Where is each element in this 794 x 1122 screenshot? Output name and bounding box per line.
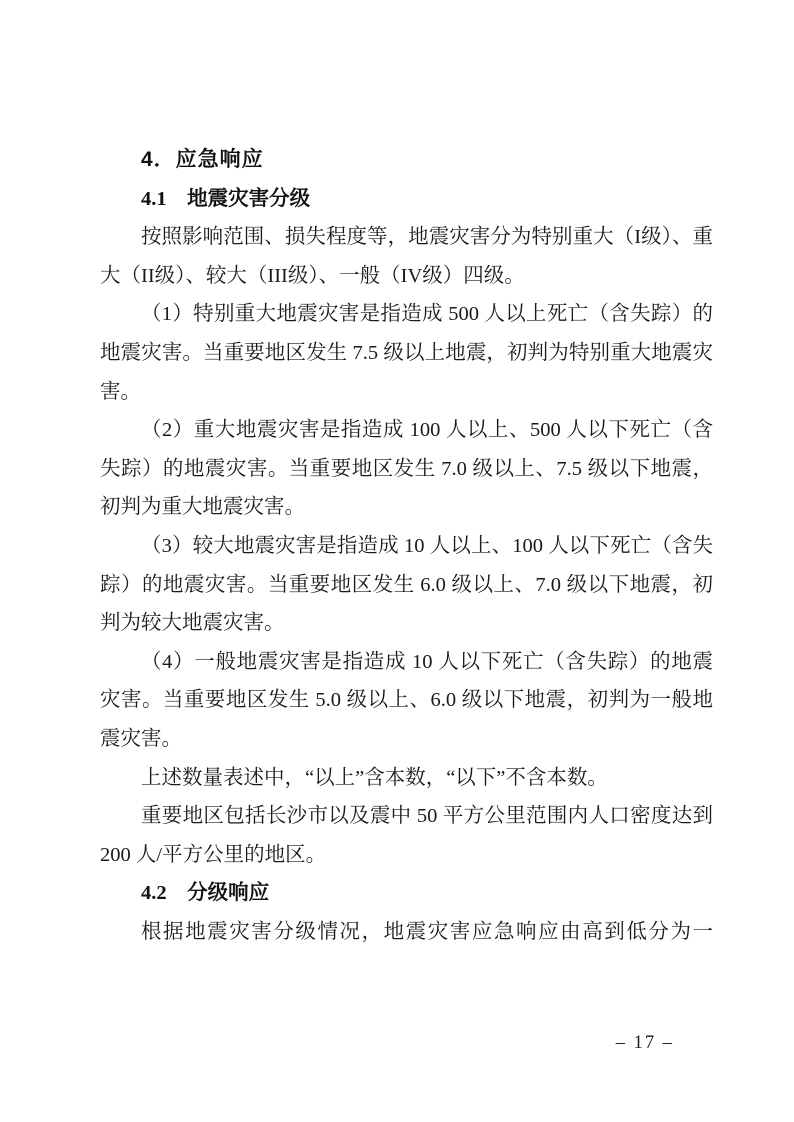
para-key-areas-definition: 重要地区包括长沙市以及震中 50 平方公里范围内人口密度达到 200 人/平方公… — [100, 797, 713, 874]
para-level-1-extraordinary: （1）特别重大地震灾害是指造成 500 人以上死亡（含失踪）的地震灾害。当重要地… — [100, 295, 713, 411]
page-number: – 17 – — [616, 1033, 674, 1053]
document-page: 4．应急响应 4.1 地震灾害分级 按照影响范围、损失程度等，地震灾害分为特别重… — [0, 0, 794, 1122]
para-level-2-major: （2）重大地震灾害是指造成 100 人以上、500 人以下死亡（含失踪）的地震灾… — [100, 411, 713, 527]
para-note-inclusive-counts: 上述数量表述中，“以上”含本数，“以下”不含本数。 — [100, 759, 713, 798]
section-heading-4: 4．应急响应 — [100, 141, 713, 180]
para-level-3-large: （3）较大地震灾害是指造成 10 人以上、100 人以下死亡（含失踪）的地震灾害… — [100, 527, 713, 643]
subsection-heading-4-1: 4.1 地震灾害分级 — [100, 180, 713, 219]
para-level-4-general: （4）一般地震灾害是指造成 10 人以下死亡（含失踪）的地震灾害。当重要地区发生… — [100, 643, 713, 759]
document-body: 4．应急响应 4.1 地震灾害分级 按照影响范围、损失程度等，地震灾害分为特别重… — [100, 141, 713, 951]
page-footer: – 17 – — [616, 1031, 674, 1055]
para-disaster-levels-overview: 按照影响范围、损失程度等，地震灾害分为特别重大（I级）、重大（II级）、较大（I… — [100, 218, 713, 295]
subsection-heading-4-2: 4.2 分级响应 — [100, 874, 713, 913]
para-graded-response-intro: 根据地震灾害分级情况，地震灾害应急响应由高到低分为一 — [100, 913, 713, 952]
